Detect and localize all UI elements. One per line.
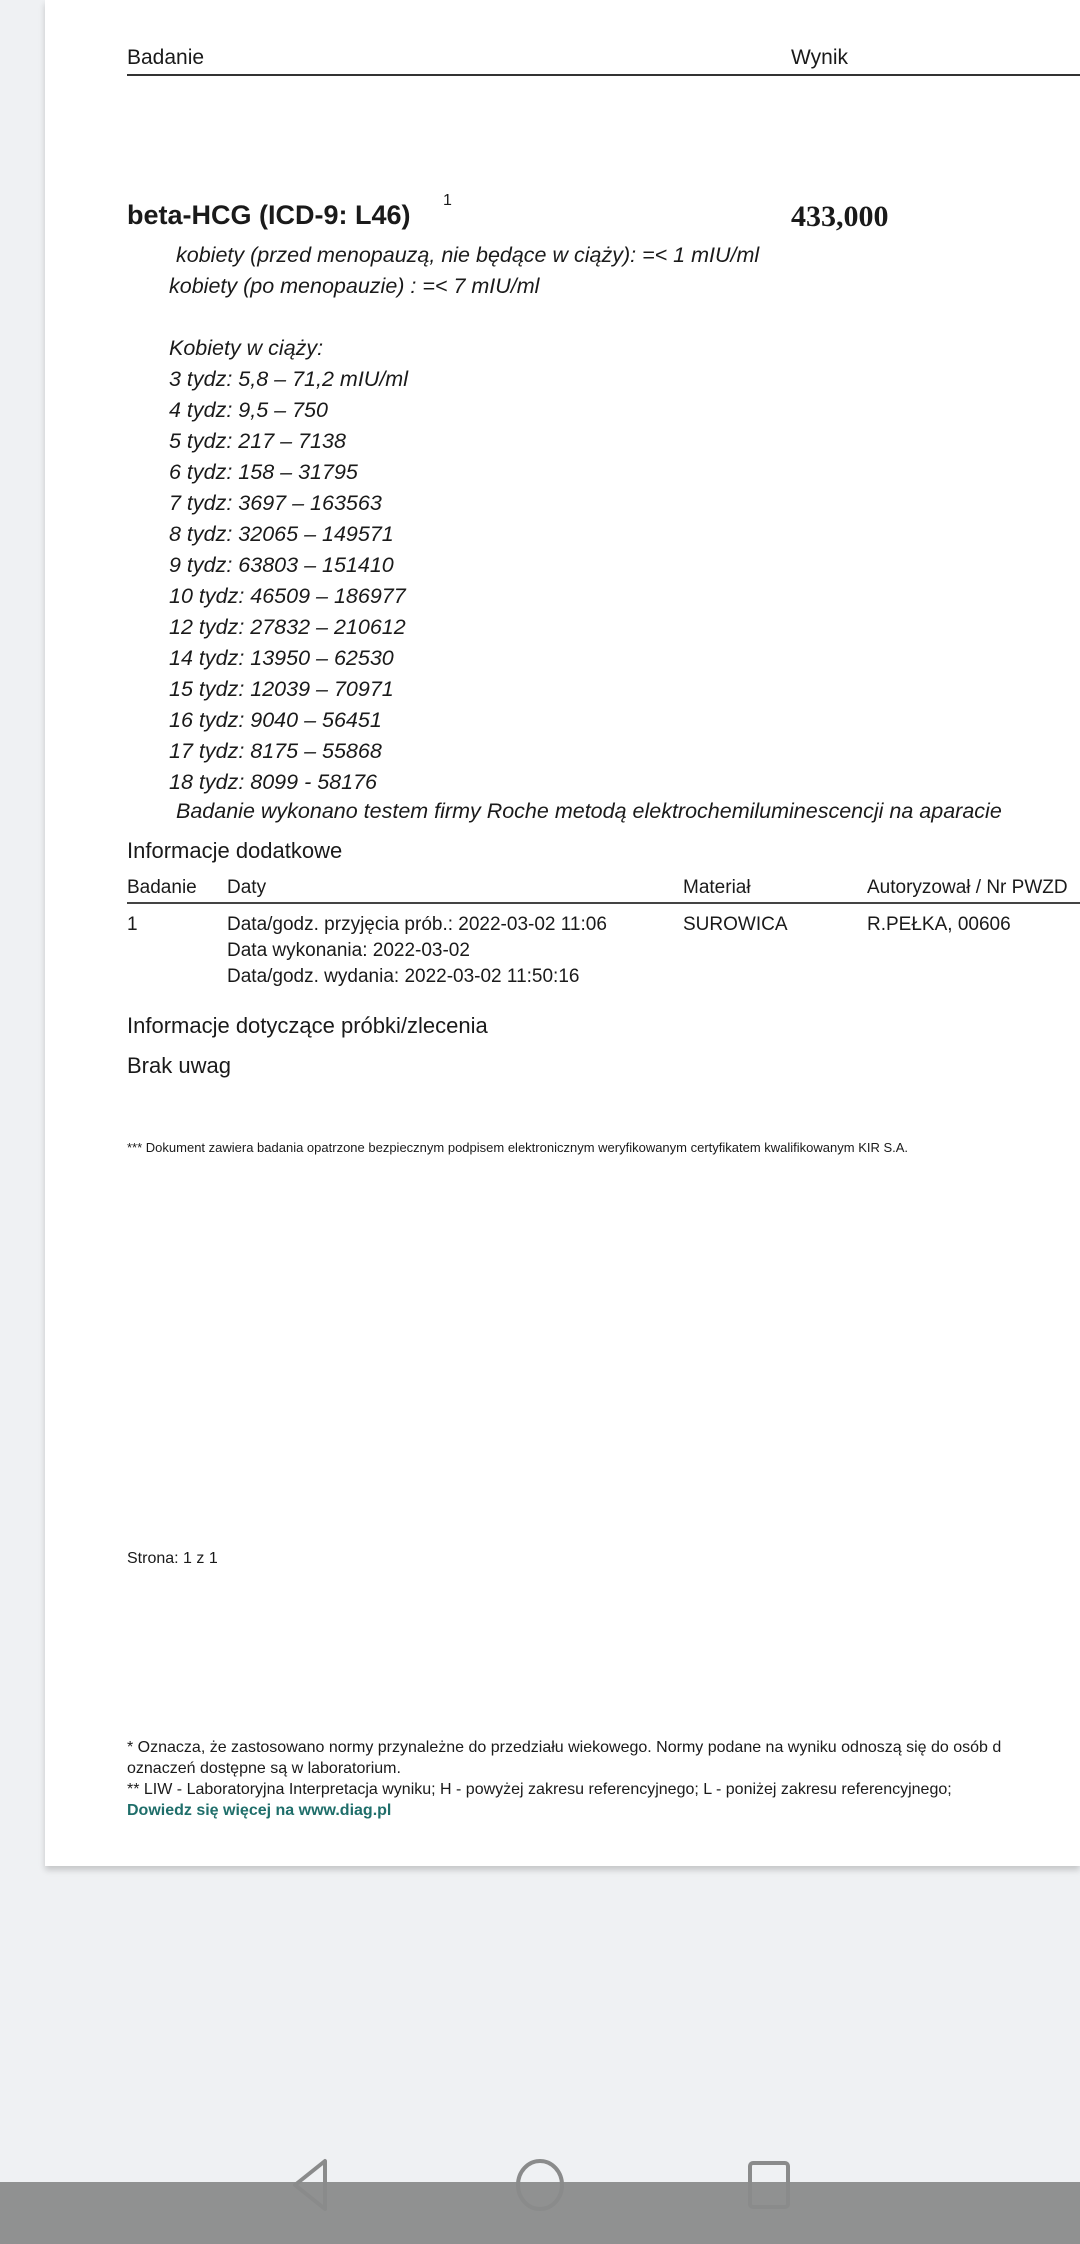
pregnancy-range-item: 12 tydz: 27832 – 210612 (169, 612, 406, 643)
header-divider (127, 74, 1080, 76)
home-button[interactable] (500, 2150, 580, 2220)
footer-note-liw: ** LIW - Laboratoryjna Interpretacja wyn… (127, 1779, 952, 1800)
back-button[interactable] (270, 2150, 350, 2220)
row-date-performed: Data wykonania: 2022-03-02 (227, 938, 470, 964)
column-header-test: Badanie (127, 46, 204, 70)
reference-postmenopausal: kobiety (po menopauzie) : =< 7 mIU/ml (169, 271, 539, 302)
sample-info-value: Brak uwag (127, 1053, 231, 1079)
table-header-material: Materiał (683, 877, 751, 899)
footer-note-age-norms: * Oznacza, że zastosowano normy przynale… (127, 1737, 1001, 1758)
recents-square-icon (744, 2157, 794, 2213)
pregnancy-range-item: 6 tydz: 158 – 31795 (169, 457, 358, 488)
pregnancy-range-item: 16 tydz: 9040 – 56451 (169, 705, 382, 736)
pregnancy-range-item: 17 tydz: 8175 – 55868 (169, 736, 382, 767)
pregnancy-range-item: 4 tydz: 9,5 – 750 (169, 395, 328, 426)
pregnancy-range-item: 5 tydz: 217 – 7138 (169, 426, 346, 457)
sample-info-title: Informacje dotyczące próbki/zlecenia (127, 1013, 488, 1039)
row-test-number: 1 (127, 912, 138, 938)
table-header-authorized: Autoryzował / Nr PWZD (867, 877, 1068, 899)
page-number: Strona: 1 z 1 (127, 1550, 218, 1568)
pregnancy-heading: Kobiety w ciąży: (169, 333, 323, 364)
table-header-test: Badanie (127, 877, 197, 899)
pregnancy-range-item: 3 tydz: 5,8 – 71,2 mIU/ml (169, 364, 408, 395)
additional-info-title: Informacje dodatkowe (127, 838, 342, 864)
table-header-dates: Daty (227, 877, 266, 899)
pregnancy-range-item: 18 tydz: 8099 - 58176 (169, 767, 377, 798)
pregnancy-range-item: 7 tydz: 3697 – 163563 (169, 488, 382, 519)
diag-website-link[interactable]: Dowiedz się więcej na www.diag.pl (127, 1800, 391, 1821)
signature-note: *** Dokument zawiera badania opatrzone b… (127, 1140, 908, 1155)
pregnancy-range-item: 10 tydz: 46509 – 186977 (169, 581, 406, 612)
test-name: beta-HCG (ICD-9: L46) (127, 200, 411, 231)
recents-button[interactable] (729, 2150, 809, 2220)
row-authorized: R.PEŁKA, 00606 (867, 912, 1011, 938)
pregnancy-range-item: 15 tydz: 12039 – 70971 (169, 674, 394, 705)
document-page: Badanie Wynik beta-HCG (ICD-9: L46) 1 43… (45, 0, 1080, 1866)
pregnancy-range-item: 9 tydz: 63803 – 151410 (169, 550, 394, 581)
pregnancy-range-item: 14 tydz: 13950 – 62530 (169, 643, 394, 674)
test-footnote-mark: 1 (443, 192, 452, 210)
back-triangle-icon (285, 2157, 335, 2213)
table-divider (127, 902, 1080, 904)
home-circle-icon (512, 2157, 568, 2213)
row-date-issued: Data/godz. wydania: 2022-03-02 11:50:16 (227, 964, 579, 990)
row-material: SUROWICA (683, 912, 788, 938)
pregnancy-range-item: 8 tydz: 32065 – 149571 (169, 519, 394, 550)
column-header-result: Wynik (791, 46, 848, 70)
reference-premenopausal: kobiety (przed menopauzą, nie będące w c… (176, 240, 759, 271)
row-date-received: Data/godz. przyjęcia prób.: 2022-03-02 1… (227, 912, 607, 938)
method-note: Badanie wykonano testem firmy Roche meto… (176, 796, 1002, 827)
test-result-value: 433,000 (791, 200, 889, 234)
footer-note-lab: oznaczeń dostępne są w laboratorium. (127, 1758, 401, 1779)
